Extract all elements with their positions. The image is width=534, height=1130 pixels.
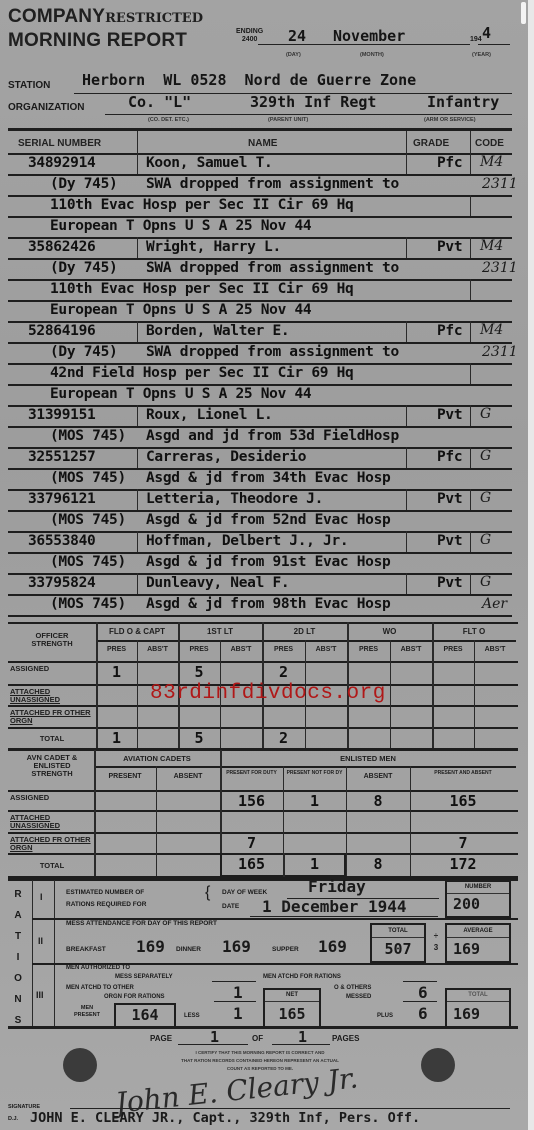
serial-number: 52864196 bbox=[28, 323, 95, 339]
less-label: LESS bbox=[184, 1013, 200, 1019]
officer-subheader: ABS'T bbox=[305, 646, 347, 653]
remark-line: 42nd Field Hosp per Sec II Cir 69 Hq bbox=[50, 365, 353, 381]
number-value: 200 bbox=[447, 894, 509, 915]
enlisted-count: 1 bbox=[283, 855, 346, 873]
enlisted-count: 8 bbox=[346, 855, 410, 873]
of-label: OF bbox=[252, 1034, 263, 1043]
remark-prefix: (Dy 745) bbox=[50, 344, 117, 360]
soldier-name: Roux, Lionel L. bbox=[146, 407, 272, 423]
officer-group-header: FLT O bbox=[432, 627, 516, 636]
status-code: M4 bbox=[480, 238, 503, 254]
supper-label: SUPPER bbox=[272, 946, 299, 953]
enlisted-col-header: PRESENT FOR DUTY bbox=[222, 770, 281, 776]
grade: Pfc bbox=[437, 155, 462, 171]
grade: Pvt bbox=[437, 533, 462, 549]
enlisted-row-label: TOTAL bbox=[10, 862, 94, 870]
rations-side-label: RATIONS bbox=[10, 884, 26, 1031]
atchd-other-label: MEN ATCHD TO OTHER bbox=[66, 985, 134, 991]
org-parent-caption: (PARENT UNIT) bbox=[268, 117, 308, 123]
plus-label: PLUS bbox=[377, 1013, 393, 1019]
section-ii-number: II bbox=[38, 936, 43, 946]
section-iii-number: III bbox=[36, 990, 44, 1000]
scan-edge bbox=[528, 0, 534, 1130]
form-title-line2: MORNING REPORT bbox=[8, 30, 203, 52]
net-box: NET 165 bbox=[263, 988, 321, 1028]
rations-side-letter: T bbox=[10, 926, 26, 947]
rations-side-letter: A bbox=[10, 905, 26, 926]
station-value: Herborn WL 0528 Nord de Guerre Zone bbox=[82, 71, 416, 89]
grand-total-box: TOTAL 169 bbox=[445, 988, 511, 1028]
soldier-name: Letteria, Theodore J. bbox=[146, 491, 323, 507]
remark-prefix: (MOS 745) bbox=[50, 428, 126, 444]
col-name: NAME bbox=[248, 138, 277, 149]
officer-subheader: PRES bbox=[347, 646, 390, 653]
day-caption: (DAY) bbox=[286, 52, 301, 58]
soldier-name: Dunleavy, Neal F. bbox=[146, 575, 289, 591]
enlisted-row-label: ATTACHED FR OTHER ORGN bbox=[10, 836, 94, 852]
grade: Pvt bbox=[437, 407, 462, 423]
status-code: M4 bbox=[480, 154, 503, 170]
remark-line: SWA dropped from assignment to bbox=[146, 176, 399, 192]
officer-count: 2 bbox=[262, 663, 305, 681]
enlisted-col-header: ABSENT bbox=[158, 773, 218, 780]
auth-separate-label-2: MESS SEPARATELY bbox=[115, 974, 173, 980]
officer-subheader: PRES bbox=[96, 646, 137, 653]
signer-name: JOHN E. CLEARY JR., Capt., 329th Inf, Pe… bbox=[30, 1110, 420, 1126]
officer-count: 2 bbox=[262, 729, 305, 747]
enlisted-count: 165 bbox=[220, 855, 283, 873]
year-caption: (YEAR) bbox=[472, 52, 491, 58]
enlisted-row-label: ATTACHED UNASSIGNED bbox=[10, 814, 94, 830]
o-others-value: 6 bbox=[418, 983, 428, 1002]
estimated-rations-label: ESTIMATED NUMBER OF RATIONS REQUIRED FOR bbox=[66, 887, 146, 911]
number-box: NUMBER 200 bbox=[445, 880, 511, 918]
officer-group-header: WO bbox=[347, 627, 432, 636]
form-title-line1: COMPANY bbox=[8, 6, 105, 27]
mess-total-value: 507 bbox=[372, 938, 424, 960]
officer-row-label: ASSIGNED bbox=[10, 665, 94, 673]
serial-number: 36553840 bbox=[28, 533, 95, 549]
breakfast-label: BREAKFAST bbox=[66, 946, 106, 953]
officer-row-label: ATTACHED FR OTHER ORGN bbox=[10, 709, 94, 725]
enlisted-count: 7 bbox=[220, 834, 283, 852]
officer-subheader: ABS'T bbox=[390, 646, 432, 653]
enlisted-men-header: ENLISTED MEN bbox=[220, 754, 516, 763]
enlisted-strength-label: AVN CADET & ENLISTED STRENGTH bbox=[12, 754, 92, 778]
officer-subheader: ABS'T bbox=[474, 646, 516, 653]
status-code: M4 bbox=[480, 322, 503, 338]
officer-count: 1 bbox=[96, 729, 137, 747]
organization-label: ORGANIZATION bbox=[8, 102, 84, 113]
status-code: G bbox=[480, 574, 491, 590]
enlisted-count: 1 bbox=[283, 792, 346, 810]
officer-count: 1 bbox=[96, 663, 137, 681]
officer-row-label: TOTAL bbox=[10, 735, 94, 743]
rations-side-letter: S bbox=[10, 1010, 26, 1031]
remark-code: 2311 bbox=[482, 176, 518, 192]
remark-line: SWA dropped from assignment to bbox=[146, 344, 399, 360]
rations-side-letter: I bbox=[10, 947, 26, 968]
officer-subheader: PRES bbox=[432, 646, 474, 653]
remark-line: European T Opns U S A 25 Nov 44 bbox=[50, 302, 311, 318]
org-company-caption: (CO. DET. ETC.) bbox=[148, 117, 189, 123]
dinner-value: 169 bbox=[222, 937, 251, 956]
atchd-for-rations-label: MEN ATCHD FOR RATIONS bbox=[263, 974, 341, 980]
ration-date-value: 1 December 1944 bbox=[262, 897, 407, 916]
officer-strength-label: OFFICER STRENGTH bbox=[14, 632, 90, 648]
page-number: 1 bbox=[210, 1028, 219, 1046]
remark-line: European T Opns U S A 25 Nov 44 bbox=[50, 218, 311, 234]
pages-label: PAGES bbox=[332, 1034, 359, 1043]
net-value: 165 bbox=[265, 1002, 319, 1026]
report-day: 24 bbox=[288, 27, 306, 45]
officer-subheader: ABS'T bbox=[220, 646, 262, 653]
enlisted-col-header: PRESENT AND ABSENT bbox=[412, 770, 514, 776]
col-serial-number: SERIAL NUMBER bbox=[18, 138, 101, 149]
soldier-name: Koon, Samuel T. bbox=[146, 155, 272, 171]
day-of-week-label: DAY OF WEEK bbox=[222, 889, 267, 896]
status-code: G bbox=[480, 406, 491, 422]
grade: Pvt bbox=[437, 239, 462, 255]
mess-attendance-label: MESS ATTENDANCE FOR DAY OF THIS REPORT bbox=[66, 920, 217, 927]
enlisted-col-header: PRESENT NOT FOR DY bbox=[285, 770, 344, 776]
enlisted-count: 7 bbox=[410, 834, 516, 852]
enlisted-count: 8 bbox=[346, 792, 410, 810]
soldier-name: Carreras, Desiderio bbox=[146, 449, 306, 465]
men-present-value: 164 bbox=[116, 1005, 174, 1026]
col-grade: GRADE bbox=[413, 138, 449, 149]
officer-count: 5 bbox=[178, 729, 220, 747]
remark-code: Aer bbox=[482, 596, 507, 612]
officer-group-header: 1ST LT bbox=[178, 627, 262, 636]
aviation-cadets-header: AVIATION CADETS bbox=[94, 754, 220, 763]
officer-subheader: ABS'T bbox=[137, 646, 178, 653]
restricted-stamp: RESTRICTED bbox=[105, 11, 203, 26]
signer-prefix: D.J. bbox=[8, 1116, 18, 1122]
soldier-name: Hoffman, Delbert J., Jr. bbox=[146, 533, 348, 549]
enlisted-row-label: ASSIGNED bbox=[10, 794, 94, 802]
remark-line: Asgd & jd from 52nd Evac Hosp bbox=[146, 512, 390, 528]
binder-hole-left bbox=[63, 1048, 97, 1082]
col-code: CODE bbox=[475, 138, 504, 149]
org-arm: Infantry bbox=[427, 93, 499, 111]
remark-prefix: (MOS 745) bbox=[50, 554, 126, 570]
remark-line: SWA dropped from assignment to bbox=[146, 260, 399, 276]
report-year: 4 bbox=[482, 24, 491, 42]
officer-subheader: PRES bbox=[178, 646, 220, 653]
men-present-label: MEN PRESENT bbox=[74, 1005, 100, 1019]
men-present-box: 164 bbox=[114, 1003, 176, 1028]
serial-number: 33795824 bbox=[28, 575, 95, 591]
breakfast-value: 169 bbox=[136, 937, 165, 956]
page-label: PAGE bbox=[150, 1034, 172, 1043]
auth-separate-label: MEN AUTHORIZED TO bbox=[66, 965, 130, 971]
atchd-other-value: 1 bbox=[233, 983, 243, 1002]
serial-number: 33796121 bbox=[28, 491, 95, 507]
average-box: AVERAGE 169 bbox=[445, 923, 511, 963]
soldier-name: Borden, Walter E. bbox=[146, 323, 289, 339]
remark-prefix: (MOS 745) bbox=[50, 470, 126, 486]
serial-number: 35862426 bbox=[28, 239, 95, 255]
enlisted-count: 172 bbox=[410, 855, 516, 873]
rations-side-letter: R bbox=[10, 884, 26, 905]
date-label: DATE bbox=[222, 903, 239, 910]
status-code: G bbox=[480, 532, 491, 548]
divide-by-three: ÷ 3 bbox=[431, 930, 441, 954]
rations-side-letter: N bbox=[10, 989, 26, 1010]
plus-value: 6 bbox=[418, 1004, 428, 1023]
o-others-label-2: MESSED bbox=[346, 994, 371, 1000]
grade: Pfc bbox=[437, 449, 462, 465]
officer-group-header: 2D LT bbox=[262, 627, 347, 636]
form-title: COMPANYRESTRICTED MORNING REPORT bbox=[8, 6, 203, 52]
month-caption: (MONTH) bbox=[360, 52, 384, 58]
officer-count: 5 bbox=[178, 663, 220, 681]
remark-line: 110th Evac Hosp per Sec II Cir 69 Hq bbox=[50, 197, 353, 213]
day-of-week-value: Friday bbox=[308, 877, 366, 896]
remark-prefix: (MOS 745) bbox=[50, 596, 126, 612]
serial-number: 31399151 bbox=[28, 407, 95, 423]
grand-total-value: 169 bbox=[447, 1002, 509, 1026]
remark-line: Asgd and jd from 53d FieldHosp bbox=[146, 428, 399, 444]
atchd-other-label-2: ORGN FOR RATIONS bbox=[104, 994, 165, 1000]
soldier-name: Wright, Harry L. bbox=[146, 239, 281, 255]
status-code: G bbox=[480, 448, 491, 464]
org-parent-unit: 329th Inf Regt bbox=[250, 93, 376, 111]
year-prefix: 194 bbox=[470, 36, 482, 43]
dinner-label: DINNER bbox=[176, 946, 201, 953]
binder-hole-right bbox=[421, 1048, 455, 1082]
serial-number: 34892914 bbox=[28, 155, 95, 171]
supper-value: 169 bbox=[318, 937, 347, 956]
remark-code: 2311 bbox=[482, 260, 518, 276]
officer-group-header: FLD O & CAPT bbox=[96, 627, 178, 636]
grade: Pfc bbox=[437, 323, 462, 339]
remark-line: Asgd & jd from 98th Evac Hosp bbox=[146, 596, 390, 612]
serial-number: 32551257 bbox=[28, 449, 95, 465]
remark-line: Asgd & jd from 91st Evac Hosp bbox=[146, 554, 390, 570]
remark-code: 2311 bbox=[482, 344, 518, 360]
remark-line: Asgd & jd from 34th Evac Hosp bbox=[146, 470, 390, 486]
enlisted-count: 156 bbox=[220, 792, 283, 810]
enlisted-count: 165 bbox=[410, 792, 516, 810]
enlisted-col-header: ABSENT bbox=[348, 773, 408, 780]
watermark: 83rdinfdivdocs.org bbox=[150, 682, 386, 705]
station-label: STATION bbox=[8, 80, 50, 91]
report-month: November bbox=[333, 27, 405, 45]
remark-prefix: (Dy 745) bbox=[50, 260, 117, 276]
grade: Pvt bbox=[437, 575, 462, 591]
average-value: 169 bbox=[447, 938, 509, 960]
remark-prefix: (MOS 745) bbox=[50, 512, 126, 528]
remark-line: 110th Evac Hosp per Sec II Cir 69 Hq bbox=[50, 281, 353, 297]
mess-total-box: TOTAL 507 bbox=[370, 923, 426, 963]
status-code: G bbox=[480, 490, 491, 506]
org-company: Co. "L" bbox=[128, 93, 191, 111]
total-pages: 1 bbox=[298, 1028, 307, 1046]
less-value: 1 bbox=[233, 1004, 243, 1023]
officer-row-label: ATTACHED UNASSIGNED bbox=[10, 688, 94, 704]
remark-prefix: (Dy 745) bbox=[50, 176, 117, 192]
ending-label: ENDING 2400 bbox=[236, 28, 263, 44]
grade: Pvt bbox=[437, 491, 462, 507]
o-others-label: O & OTHERS bbox=[334, 985, 371, 991]
enlisted-col-header: PRESENT bbox=[96, 773, 154, 780]
scan-edge-mark bbox=[521, 2, 526, 24]
rations-side-letter: O bbox=[10, 968, 26, 989]
section-i-number: I bbox=[40, 892, 43, 902]
org-arm-caption: (ARM OR SERVICE) bbox=[424, 117, 476, 123]
officer-subheader: PRES bbox=[262, 646, 305, 653]
remark-line: European T Opns U S A 25 Nov 44 bbox=[50, 386, 311, 402]
